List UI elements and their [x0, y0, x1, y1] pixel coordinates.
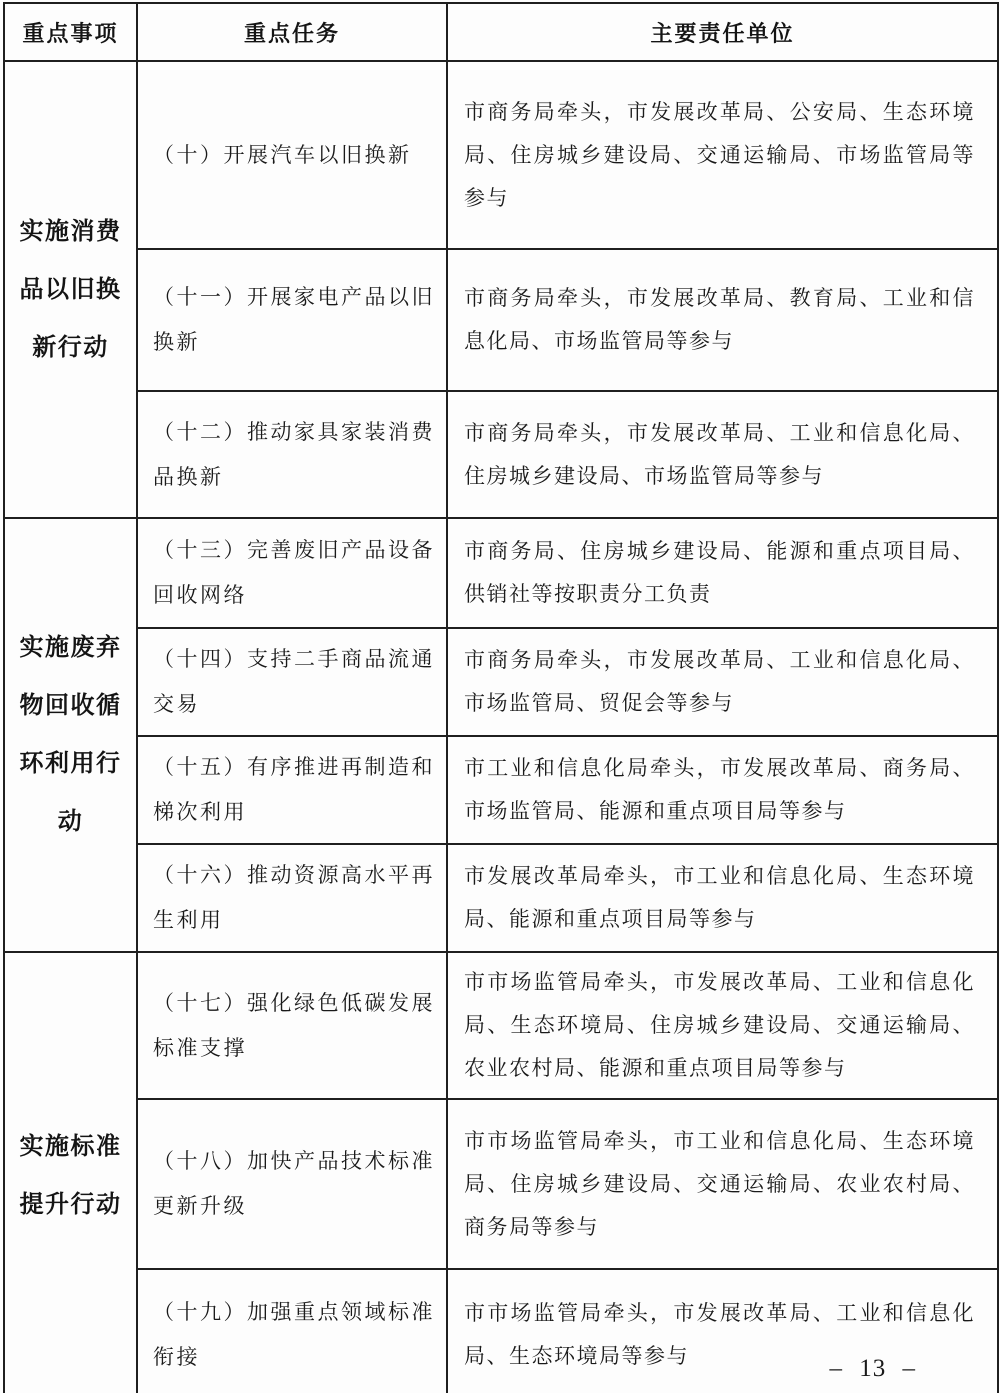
task-cell: （十八）加快产品技术标准更新升级 — [137, 1099, 447, 1269]
task-cell: （十七）强化绿色低碳发展标准支撑 — [137, 952, 447, 1099]
group-item-cell: 实施废弃物回收循环利用行动 — [4, 518, 137, 952]
table-row: 实施废弃物回收循环利用行动 （十三）完善废旧产品设备回收网络 市商务局、住房城乡… — [4, 518, 998, 628]
task-cell: （十五）有序推进再制造和梯次利用 — [137, 736, 447, 844]
header-responsible-units: 主要责任单位 — [447, 3, 998, 61]
task-cell: （十四）支持二手商品流通交易 — [137, 628, 447, 736]
group-item-cell: 实施消费品以旧换新行动 — [4, 61, 137, 518]
units-cell: 市商务局牵头，市发展改革局、工业和信息化局、住房城乡建设局、市场监管局等参与 — [447, 391, 998, 518]
header-key-items: 重点事项 — [4, 3, 137, 61]
units-cell: 市工业和信息化局牵头，市发展改革局、商务局、市场监管局、能源和重点项目局等参与 — [447, 736, 998, 844]
units-cell: 市商务局、住房城乡建设局、能源和重点项目局、供销社等按职责分工负责 — [447, 518, 998, 628]
table-row: 实施消费品以旧换新行动 （十）开展汽车以旧换新 市商务局牵头，市发展改革局、公安… — [4, 61, 998, 249]
document-page: 重点事项 重点任务 主要责任单位 实施消费品以旧换新行动 （十）开展汽车以旧换新… — [0, 0, 1000, 1393]
table-row: （十二）推动家具家装消费品换新 市商务局牵头，市发展改革局、工业和信息化局、住房… — [4, 391, 998, 518]
table-row: （十五）有序推进再制造和梯次利用 市工业和信息化局牵头，市发展改革局、商务局、市… — [4, 736, 998, 844]
task-cell: （十三）完善废旧产品设备回收网络 — [137, 518, 447, 628]
units-cell: 市市场监管局牵头，市发展改革局、工业和信息化局、生态环境局、住房城乡建设局、交通… — [447, 952, 998, 1099]
header-key-tasks: 重点任务 — [137, 3, 447, 61]
table-row: 实施标准提升行动 （十七）强化绿色低碳发展标准支撑 市市场监管局牵头，市发展改革… — [4, 952, 998, 1099]
table-row: （十四）支持二手商品流通交易 市商务局牵头，市发展改革局、工业和信息化局、市场监… — [4, 628, 998, 736]
task-cell: （十二）推动家具家装消费品换新 — [137, 391, 447, 518]
units-cell: 市商务局牵头，市发展改革局、工业和信息化局、市场监管局、贸促会等参与 — [447, 628, 998, 736]
units-cell: 市商务局牵头，市发展改革局、教育局、工业和信息化局、市场监管局等参与 — [447, 249, 998, 391]
page-number: – 13 – — [830, 1355, 917, 1383]
table-row: （十一）开展家电产品以旧换新 市商务局牵头，市发展改革局、教育局、工业和信息化局… — [4, 249, 998, 391]
header-row: 重点事项 重点任务 主要责任单位 — [4, 3, 998, 61]
task-cell: （十）开展汽车以旧换新 — [137, 61, 447, 249]
table-row: （十八）加快产品技术标准更新升级 市市场监管局牵头，市工业和信息化局、生态环境局… — [4, 1099, 998, 1269]
units-cell: 市市场监管局牵头，市工业和信息化局、生态环境局、住房城乡建设局、交通运输局、农业… — [447, 1099, 998, 1269]
task-cell: （十六）推动资源高水平再生利用 — [137, 844, 447, 952]
units-cell: 市发展改革局牵头，市工业和信息化局、生态环境局、能源和重点项目局等参与 — [447, 844, 998, 952]
units-cell: 市商务局牵头，市发展改革局、公安局、生态环境局、住房城乡建设局、交通运输局、市场… — [447, 61, 998, 249]
task-cell: （十九）加强重点领域标准衔接 — [137, 1269, 447, 1393]
key-tasks-table: 重点事项 重点任务 主要责任单位 实施消费品以旧换新行动 （十）开展汽车以旧换新… — [3, 2, 999, 1393]
task-cell: （十一）开展家电产品以旧换新 — [137, 249, 447, 391]
group-item-cell: 实施标准提升行动 — [4, 952, 137, 1393]
table-row: （十六）推动资源高水平再生利用 市发展改革局牵头，市工业和信息化局、生态环境局、… — [4, 844, 998, 952]
